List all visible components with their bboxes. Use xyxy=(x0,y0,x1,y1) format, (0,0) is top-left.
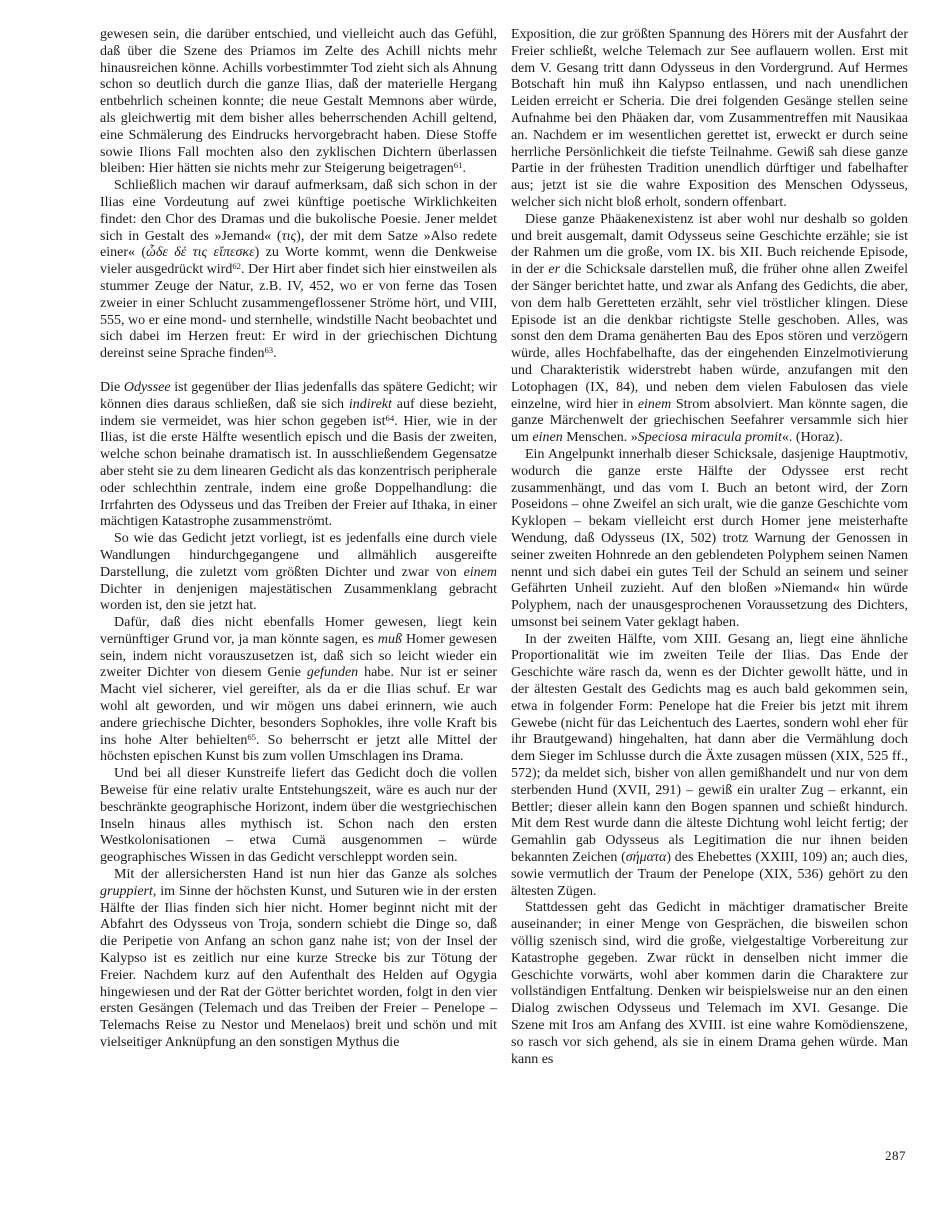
book-page: gewesen sein, die darüber entschied, und… xyxy=(0,0,935,1210)
body-text: gewesen sein, die darüber entschied, und… xyxy=(100,27,497,176)
paragraph: Und bei all dieser Kunstreife liefert da… xyxy=(100,766,497,867)
body-text: Menschen. » xyxy=(563,430,638,445)
paragraph: Diese ganze Phäakenexistenz ist aber woh… xyxy=(511,212,908,447)
paragraph: Schließlich machen wir darauf aufmerksam… xyxy=(100,178,497,363)
italic-text: indirekt xyxy=(349,397,392,412)
body-text: im Sinne der höchsten Kunst, und Suturen… xyxy=(100,884,497,1050)
paragraph: So wie das Gedicht jetzt vorliegt, ist e… xyxy=(100,531,497,615)
italic-text: Speciosa miracula promit xyxy=(638,430,782,445)
paragraph: Ein Angelpunkt innerhalb dieser Schicksa… xyxy=(511,447,908,632)
footnote-reference: 62 xyxy=(232,261,241,271)
italic-text: τις xyxy=(282,229,297,244)
body-text: Ein Angelpunkt innerhalb dieser Schicksa… xyxy=(511,447,908,630)
footnote-reference: 61 xyxy=(454,160,463,170)
italic-text: einem xyxy=(638,397,671,412)
body-text: . xyxy=(273,346,277,361)
italic-text: muß xyxy=(378,632,402,647)
italic-text: einem xyxy=(464,565,497,580)
paragraph: gewesen sein, die darüber entschied, und… xyxy=(100,27,497,178)
italic-text: ὧδε δέ τις εἴπεσκε xyxy=(146,245,255,260)
italic-text: gruppiert, xyxy=(100,884,156,899)
left-column: gewesen sein, die darüber entschied, und… xyxy=(100,27,497,1068)
paragraph: Mit der allersichersten Hand ist nun hie… xyxy=(100,867,497,1052)
italic-text: gefunden xyxy=(307,665,358,680)
body-text: Stattdessen geht das Gedicht in mächtige… xyxy=(511,900,908,1066)
body-text: Dichter in denjenigen majestätischen Zus… xyxy=(100,582,497,614)
paragraph: In der zweiten Hälfte, vom XIII. Gesang … xyxy=(511,632,908,901)
body-text: Exposition, die zur größten Spannung des… xyxy=(511,27,908,210)
body-text: «. (Horaz). xyxy=(782,430,843,445)
body-text: Mit der allersichersten Hand ist nun hie… xyxy=(114,867,497,882)
page-number: 287 xyxy=(885,1148,906,1165)
italic-text: Odyssee xyxy=(124,380,171,395)
body-text: Die xyxy=(100,380,124,395)
footnote-reference: 63 xyxy=(264,345,273,355)
paragraph: Stattdessen geht das Gedicht in mächtige… xyxy=(511,900,908,1068)
footnote-reference: 64 xyxy=(386,413,395,423)
paragraph: Exposition, die zur größten Spannung des… xyxy=(511,27,908,212)
italic-text: einen xyxy=(532,430,562,445)
body-text: In der zweiten Hälfte, vom XIII. Gesang … xyxy=(511,632,908,865)
body-text: die Schicksale darstellen muß, die frühe… xyxy=(511,262,908,411)
right-column: Exposition, die zur größten Spannung des… xyxy=(511,27,908,1068)
italic-text: er xyxy=(548,262,560,277)
body-text: . Hier, wie in der Ilias, ist die erste … xyxy=(100,414,497,530)
footnote-reference: 65 xyxy=(247,732,256,742)
body-text: . xyxy=(462,161,466,176)
italic-text: σήματα xyxy=(626,850,667,865)
paragraph: Die Odyssee ist gegenüber der Ilias jede… xyxy=(100,380,497,531)
body-text: So wie das Gedicht jetzt vorliegt, ist e… xyxy=(100,531,497,580)
text-columns: gewesen sein, die darüber entschied, und… xyxy=(100,27,908,1068)
body-text: Und bei all dieser Kunstreife liefert da… xyxy=(100,766,497,865)
paragraph: Dafür, daß dies nicht ebenfalls Homer ge… xyxy=(100,615,497,766)
